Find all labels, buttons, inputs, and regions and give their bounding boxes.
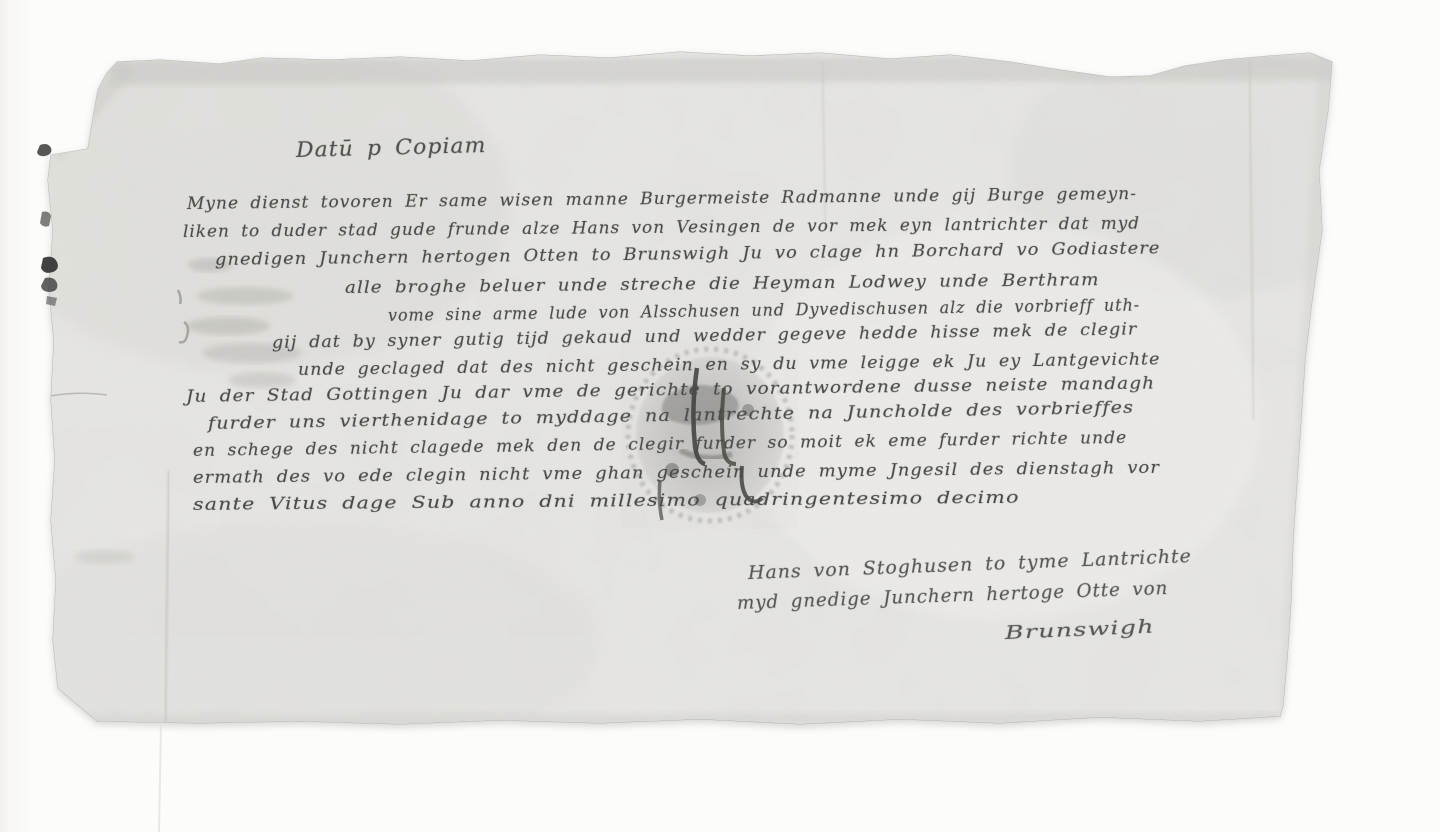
background-seam	[159, 724, 161, 832]
manuscript-scan: Datū p Copiam Myne dienst tovoren Er sam…	[0, 0, 1440, 832]
manuscript-heading: Datū p Copiam	[296, 133, 487, 162]
